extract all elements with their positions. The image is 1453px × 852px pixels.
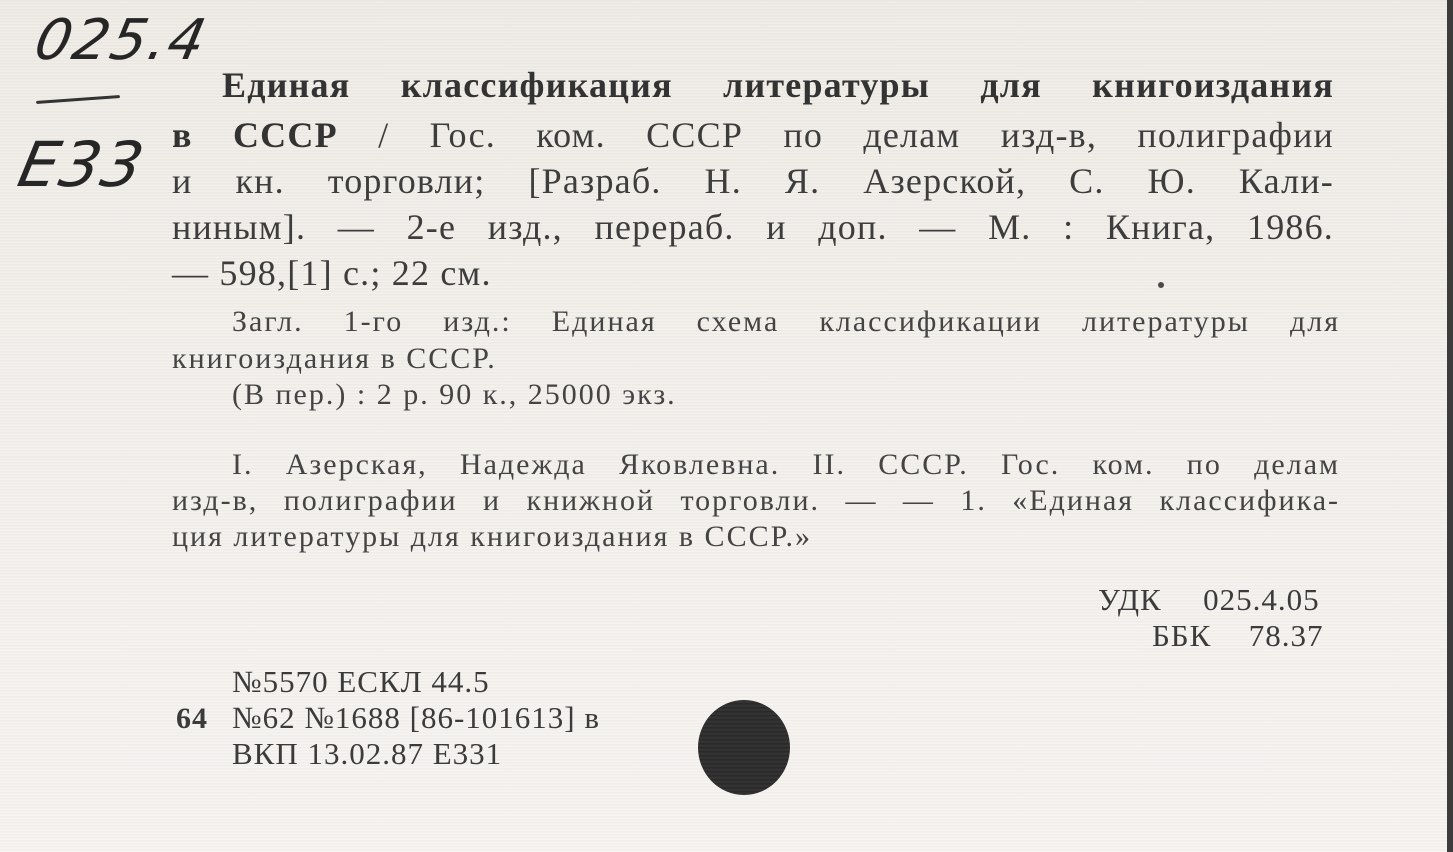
punch-hole <box>698 700 790 795</box>
bbk-value: 78.37 <box>1249 618 1324 653</box>
handwritten-class-number: 025.4 <box>29 8 213 73</box>
footer-card-number: 64 <box>176 702 208 736</box>
footer-line-1: №5570 ЕСКЛ 44.5 <box>232 664 490 700</box>
description-line-3: и кн. торговли; [Разраб. Н. Я. Азерской,… <box>172 160 1334 202</box>
ink-speck <box>1158 282 1164 288</box>
tracing-line-3: ция литературы для книгоиздания в СССР.» <box>172 520 812 554</box>
footer-line-3: ВКП 13.02.87 Е331 <box>232 736 502 772</box>
title-line-2: в СССР <box>172 115 338 155</box>
title-line-1: Единая классификация литературы для книг… <box>222 64 1334 106</box>
responsibility-statement: / Гос. ком. СССР по делам изд-в, полигра… <box>378 115 1334 155</box>
udk-label: УДК <box>1098 582 1162 617</box>
description-line-4: ниным]. — 2-е изд., перераб. и доп. — М.… <box>172 206 1334 248</box>
note-line-1: Загл. 1-го изд.: Единая схема классифика… <box>232 305 1340 339</box>
handwritten-author-mark: Е33 <box>12 128 152 201</box>
description-line-5: — 598,[1] с.; 22 см. <box>172 252 492 294</box>
note-line-3: (В пер.) : 2 р. 90 к., 25000 экз. <box>232 378 677 412</box>
tracing-line-1: I. Азерская, Надежда Яковлевна. II. СССР… <box>232 448 1340 482</box>
udk-value: 025.4.05 <box>1203 582 1320 617</box>
tracing-line-2: изд-в, полиграфии и книжной торговли. — … <box>172 484 1340 518</box>
card-edge-shadow <box>1447 0 1453 852</box>
bbk-row: ББК 78.37 <box>1152 618 1324 654</box>
note-line-2: книгоиздания в СССР. <box>172 342 497 376</box>
handwritten-divider <box>36 95 120 104</box>
bbk-label: ББК <box>1152 618 1211 653</box>
description-line-2: в СССР / Гос. ком. СССР по делам изд-в, … <box>172 114 1334 156</box>
udk-row: УДК 025.4.05 <box>1098 582 1320 618</box>
catalog-card: 025.4 Е33 Единая классификация литератур… <box>0 0 1447 852</box>
footer-line-2: №62 №1688 [86-101613] в <box>232 700 600 736</box>
